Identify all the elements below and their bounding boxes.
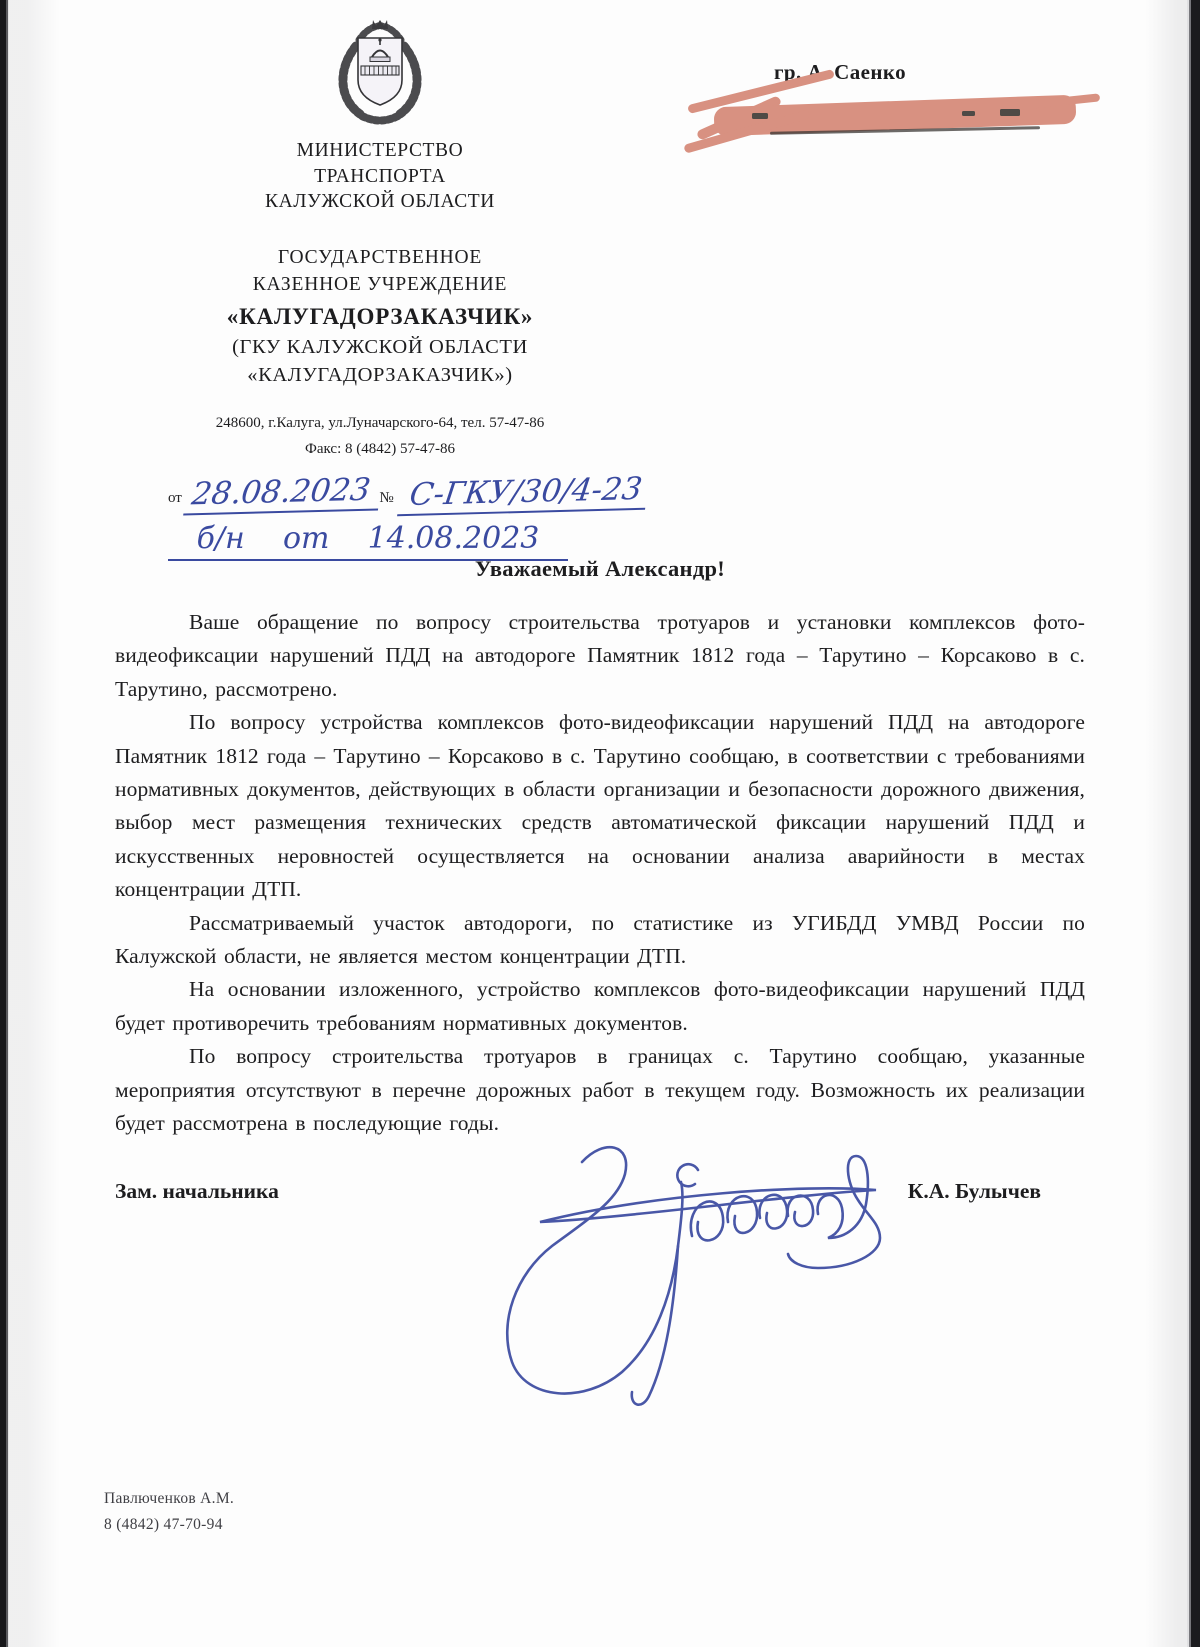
paragraph: По вопросу строительства тротуаров в гра… — [115, 1040, 1085, 1140]
org-title: «КАЛУГАДОРЗАКАЗЧИК» — [90, 301, 670, 333]
handwritten-number: С-ГКУ/30/4-23 — [397, 473, 650, 516]
redaction-brush-stroke — [700, 87, 1110, 147]
letterhead: МИНИСТЕРСТВО ТРАНСПОРТА КАЛУЖСКОЙ ОБЛАСТ… — [90, 16, 670, 561]
ministry-line: ТРАНСПОРТА — [90, 164, 670, 190]
redacted-text-remnant — [752, 113, 768, 119]
org-address: 248600, г.Калуга, ул.Луначарского-64, те… — [90, 411, 670, 437]
scan-edge-left — [0, 0, 9, 1647]
organization-name: ГОСУДАРСТВЕННОЕ КАЗЕННОЕ УЧРЕЖДЕНИЕ «КАЛ… — [90, 245, 670, 389]
redacted-text-remnant — [962, 111, 975, 116]
recipient-block: гр. А. Саенко — [700, 60, 1110, 147]
coat-of-arms-icon — [325, 16, 435, 128]
contact-block: 248600, г.Калуга, ул.Луначарского-64, те… — [90, 411, 670, 462]
ministry-name: МИНИСТЕРСТВО ТРАНСПОРТА КАЛУЖСКОЙ ОБЛАСТ… — [90, 138, 670, 215]
ministry-line: МИНИСТЕРСТВО — [90, 138, 670, 164]
body-paragraphs: Ваше обращение по вопросу строительства … — [115, 606, 1085, 1141]
org-fax: Факс: 8 (4842) 57-47-86 — [90, 437, 670, 463]
org-line: КАЗЕННОЕ УЧРЕЖДЕНИЕ — [90, 272, 670, 299]
letter-body: Уважаемый Александр! Ваше обращение по в… — [115, 556, 1085, 1204]
org-line: «КАЛУГАДОРЗАКАЗЧИК») — [90, 361, 670, 389]
executor-block: Павлюченков А.М. 8 (4842) 47-70-94 — [104, 1486, 234, 1537]
paragraph: Ваше обращение по вопросу строительства … — [115, 606, 1085, 706]
signer-position: Зам. начальника — [115, 1179, 279, 1204]
org-line: (ГКУ КАЛУЖСКОЙ ОБЛАСТИ — [90, 333, 670, 361]
scan-edge-right — [1187, 0, 1200, 1647]
reference-line-2: б/н от 14.08.2023 — [168, 521, 568, 561]
redacted-text-remnant — [1000, 109, 1020, 116]
paragraph: По вопросу устройства комплексов фото-ви… — [115, 706, 1085, 906]
executor-phone: 8 (4842) 47-70-94 — [104, 1512, 234, 1538]
handwritten-incoming-ref: б/н от 14.08.2023 — [197, 521, 540, 556]
reference-line-1: от 28.08.2023 № С-ГКУ/30/4-23 — [168, 476, 670, 513]
ministry-line: КАЛУЖСКОЙ ОБЛАСТИ — [90, 189, 670, 215]
executor-name: Павлюченков А.М. — [104, 1486, 234, 1512]
org-line: ГОСУДАРСТВЕННОЕ — [90, 245, 670, 272]
number-label: № — [379, 490, 397, 513]
salutation: Уважаемый Александр! — [115, 556, 1085, 582]
paragraph: Рассматриваемый участок автодороги, по с… — [115, 907, 1085, 974]
signer-name: К.А. Булычев — [908, 1179, 1041, 1204]
paragraph: На основании изложенного, устройство ком… — [115, 973, 1085, 1040]
signoff-row: Зам. начальника К.А. Булычев — [115, 1179, 1085, 1204]
reference-block: от 28.08.2023 № С-ГКУ/30/4-23 б/н от 14.… — [90, 476, 670, 561]
handwritten-date: 28.08.2023 — [183, 474, 382, 516]
